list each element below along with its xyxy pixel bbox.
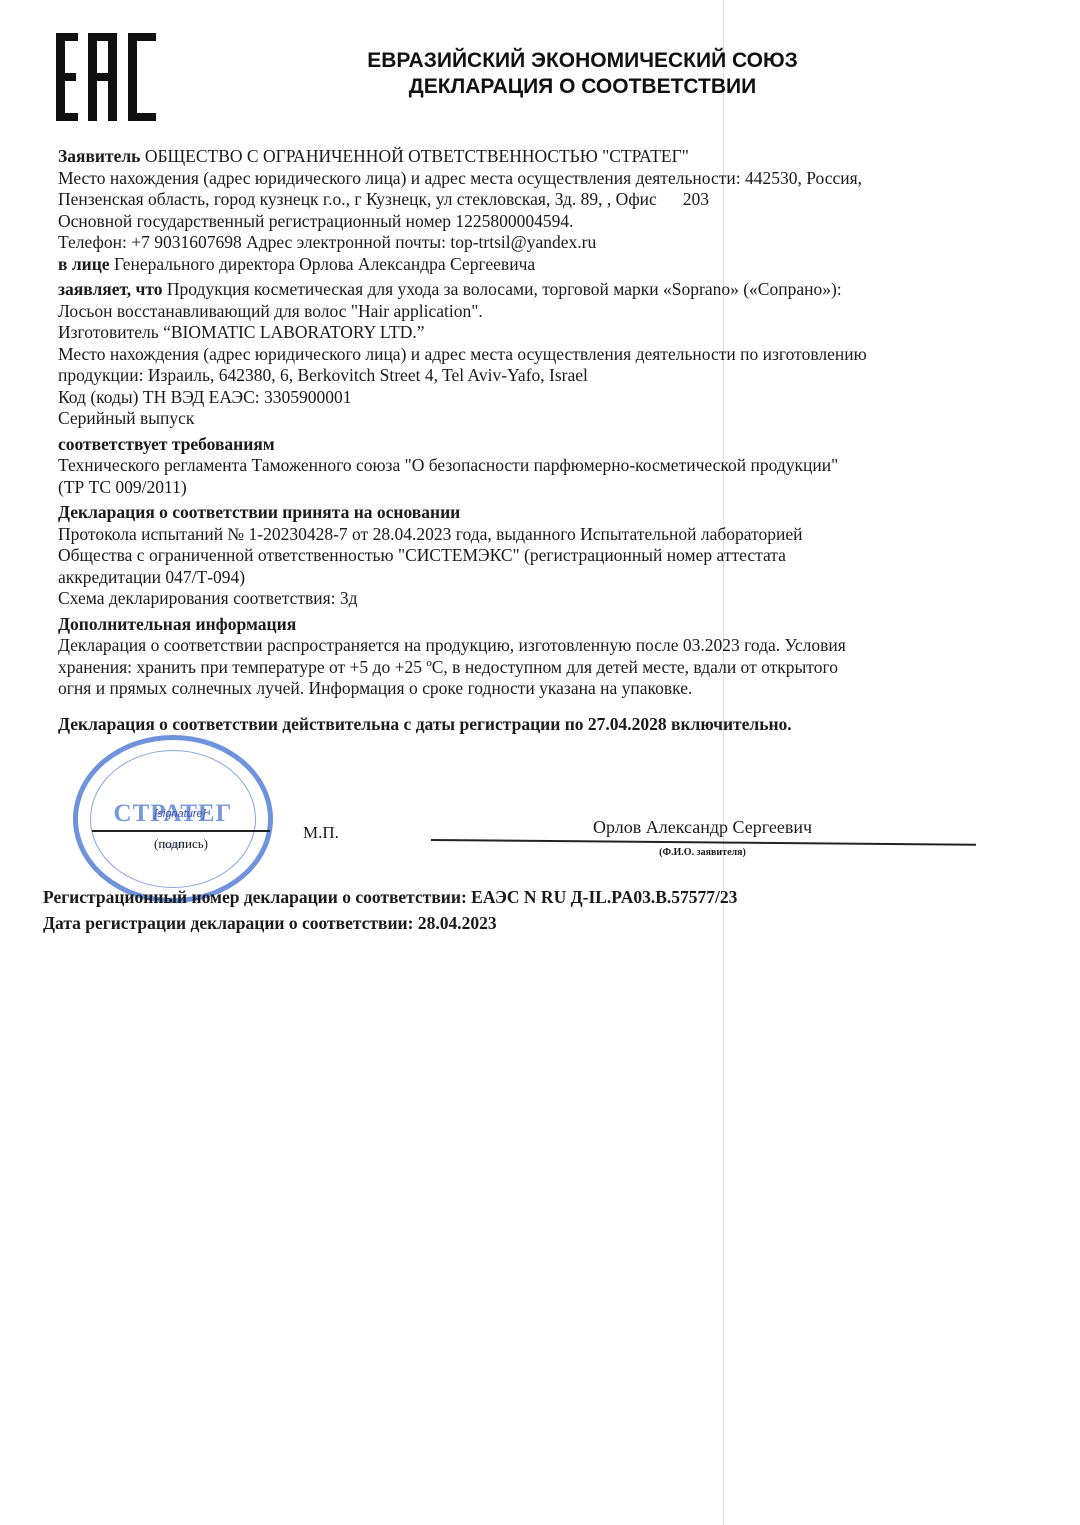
applicant-ogrn: Основной государственный регистрационный… xyxy=(58,211,998,233)
seal-place-label: М.П. xyxy=(303,823,339,843)
registration-date: Дата регистрации декларации о соответств… xyxy=(43,910,993,936)
manufacturer-address-2: продукции: Израиль, 642380, 6, Berkovitc… xyxy=(58,365,998,387)
declaration-body: Заявитель ОБЩЕСТВО С ОГРАНИЧЕННОЙ ОТВЕТС… xyxy=(58,146,998,735)
manufacturer-address-1: Место нахождения (адрес юридического лиц… xyxy=(58,344,998,366)
validity-statement: Декларация о соответствии действительна … xyxy=(58,714,998,736)
additional-line-1: Декларация о соответствии распространяет… xyxy=(58,635,998,657)
applicant-name: ОБЩЕСТВО С ОГРАНИЧЕННОЙ ОТВЕТСТВЕННОСТЬЮ… xyxy=(145,146,689,166)
signature-caption: (подпись) xyxy=(92,836,270,852)
applicant-address-1: Место нахождения (адрес юридического лиц… xyxy=(58,168,998,190)
additional-line-2: хранения: хранить при температуре от +5 … xyxy=(58,657,998,679)
basis-line-3: аккредитации 047/Т-094) xyxy=(58,567,998,589)
office-number: 203 xyxy=(683,189,709,209)
manufacturer: Изготовитель “BIOMATIC LABORATORY LTD.” xyxy=(58,322,998,344)
eac-mark-icon xyxy=(56,33,156,121)
signature-placeholder: [signature] xyxy=(120,808,240,820)
basis-label: Декларация о соответствии принята на осн… xyxy=(58,502,998,524)
basis-line-2: Общества с ограниченной ответственностью… xyxy=(58,545,998,567)
applicant-contacts: Телефон: +7 9031607698 Адрес электронной… xyxy=(58,232,998,254)
document-header: ЕВРАЗИЙСКИЙ ЭКОНОМИЧЕСКИЙ СОЮЗ ДЕКЛАРАЦИ… xyxy=(340,48,825,100)
declaration-scheme: Схема декларирования соответствия: 3д xyxy=(58,588,998,610)
regulation-line-2: (ТР ТС 009/2011) xyxy=(58,477,998,499)
conforms-label: соответствует требованиям xyxy=(58,434,998,456)
additional-info-label: Дополнительная информация xyxy=(58,614,998,636)
basis-line-1: Протокола испытаний № 1-20230428-7 от 28… xyxy=(58,524,998,546)
registration-info: Регистрационный номер декларации о соотв… xyxy=(43,884,993,936)
applicant-line: Заявитель ОБЩЕСТВО С ОГРАНИЧЕННОЙ ОТВЕТС… xyxy=(58,146,998,168)
registration-number: Регистрационный номер декларации о соотв… xyxy=(43,884,993,910)
release-type: Серийный выпуск xyxy=(58,408,998,430)
represented-by-line: в лице Генерального директора Орлова Але… xyxy=(58,254,998,276)
additional-line-3: огня и прямых солнечных лучей. Информаци… xyxy=(58,678,998,700)
declares-line: заявляет, что Продукция косметическая дл… xyxy=(58,279,998,301)
tn-ved-code: Код (коды) ТН ВЭД ЕАЭС: 3305900001 xyxy=(58,387,998,409)
name-line xyxy=(431,839,976,845)
union-title: ЕВРАЗИЙСКИЙ ЭКОНОМИЧЕСКИЙ СОЮЗ xyxy=(340,48,825,74)
declaration-title: ДЕКЛАРАЦИЯ О СООТВЕТСТВИИ xyxy=(340,74,825,100)
regulation-line-1: Технического регламента Таможенного союз… xyxy=(58,455,998,477)
applicant-label: Заявитель xyxy=(58,146,140,166)
name-caption: (Ф.И.О. заявителя) xyxy=(430,847,975,858)
applicant-address-2: Пензенская область, город кузнецк г.о., … xyxy=(58,189,998,211)
product-name: Лосьон восстанавливающий для волос "Hair… xyxy=(58,301,998,323)
applicant-full-name: Орлов Александр Сергеевич xyxy=(430,817,975,838)
signature-line xyxy=(92,830,270,832)
